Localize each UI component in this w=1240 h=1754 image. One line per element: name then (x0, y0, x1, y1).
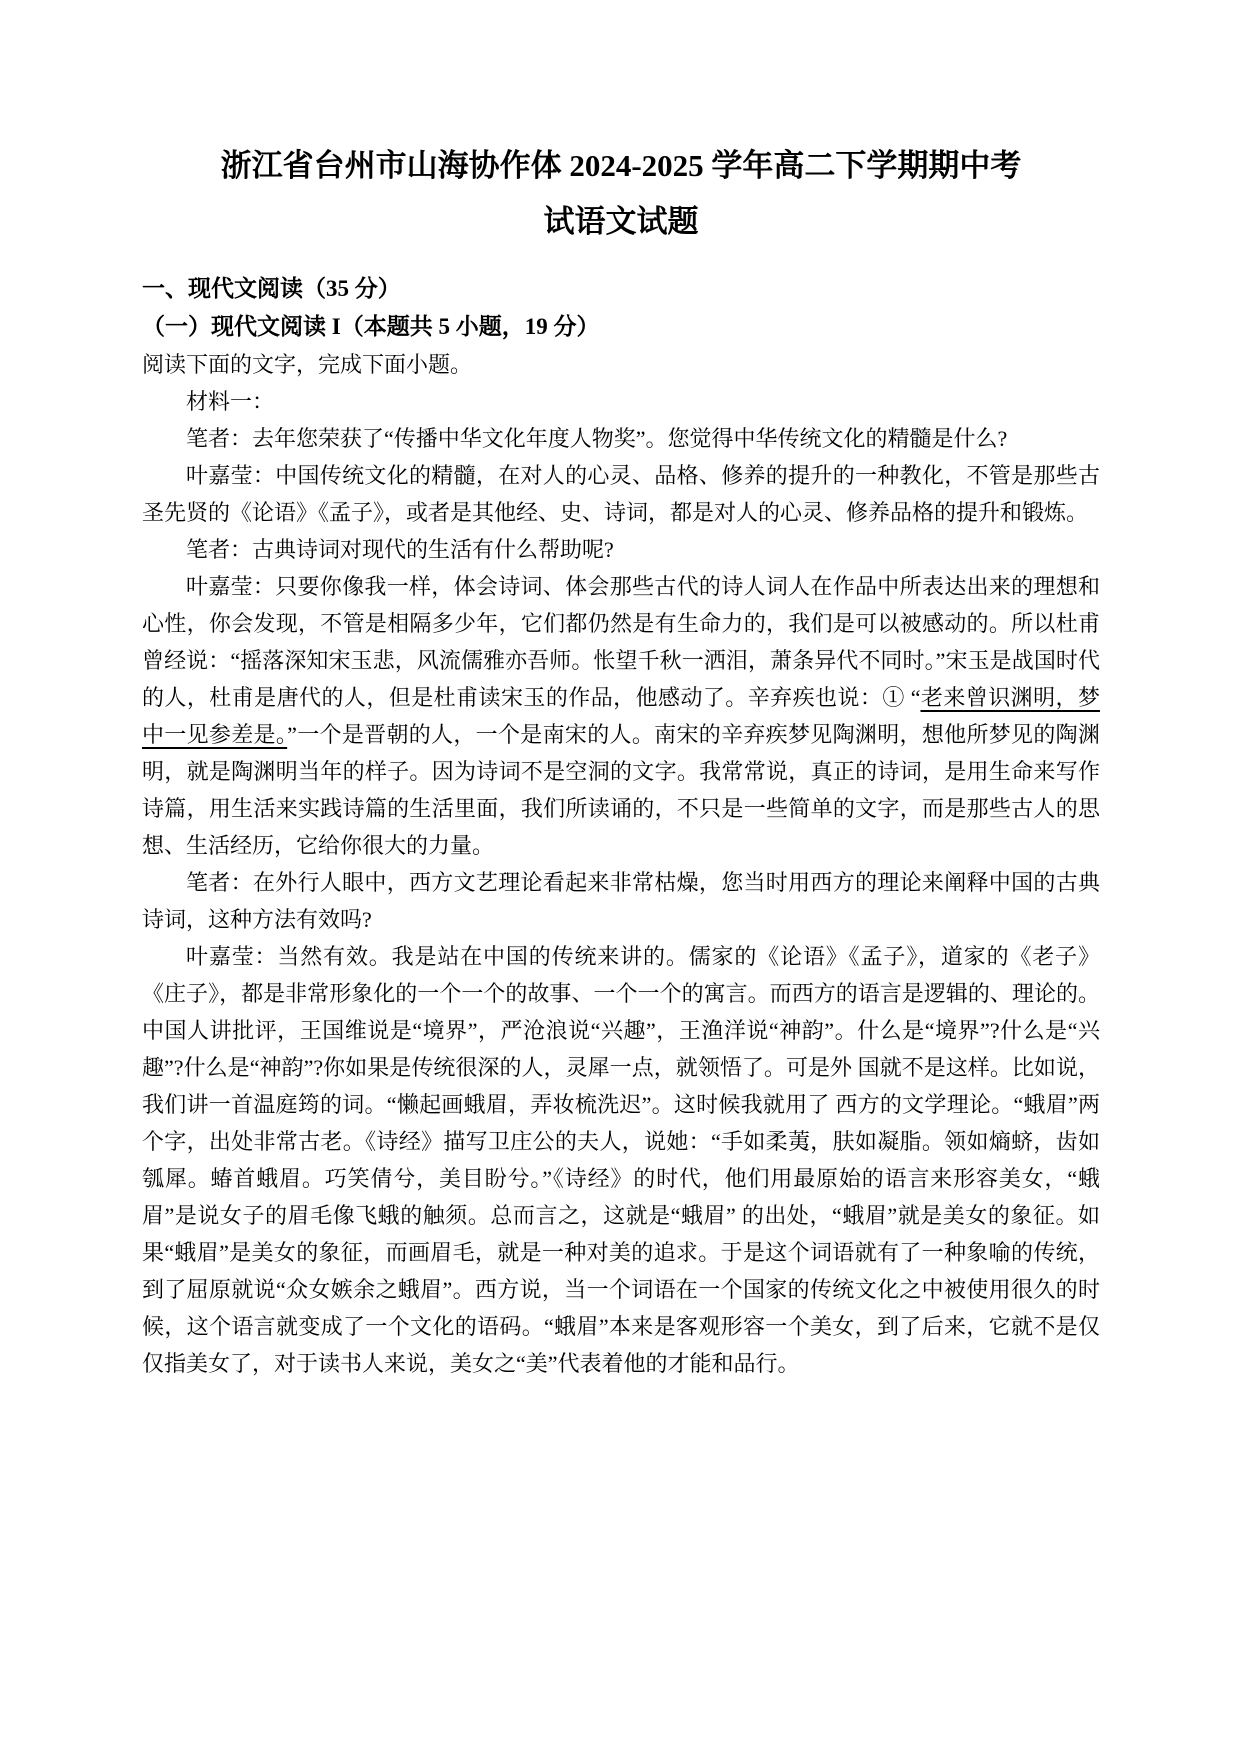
paragraph-text: 阅读下面的文字，完成下面小题。 (142, 352, 472, 377)
document-page: 浙江省台州市山海协作体 2024-2025 学年高二下学期期中考 试语文试题 一… (0, 0, 1240, 1754)
paragraph-text: 叶嘉莹：当然有效。我是站在中国的传统来讲的。儒家的《论语》《孟子》，道家的《老子… (142, 944, 1100, 1376)
document-title-line1: 浙江省台州市山海协作体 2024-2025 学年高二下学期期中考 (142, 138, 1100, 194)
document-title: 浙江省台州市山海协作体 2024-2025 学年高二下学期期中考 试语文试题 (142, 138, 1100, 250)
section-heading: 一、现代文阅读（35 分） (142, 270, 1100, 308)
paragraph: 材料一： (142, 383, 1100, 420)
paragraph-text: 笔者：在外行人眼中，西方文艺理论看起来非常枯燥，您当时用西方的理论来阐释中国的古… (142, 870, 1100, 932)
document-title-line2: 试语文试题 (142, 194, 1100, 250)
paragraph-text: 笔者：古典诗词对现代的生活有什么帮助呢? (186, 537, 614, 562)
paragraph: 笔者：去年您荣获了“传播中华文化年度人物奖”。您觉得中华传统文化的精髓是什么? (142, 420, 1100, 457)
reading-passage: 阅读下面的文字，完成下面小题。材料一：笔者：去年您荣获了“传播中华文化年度人物奖… (142, 346, 1100, 1382)
paragraph: 笔者：古典诗词对现代的生活有什么帮助呢? (142, 531, 1100, 568)
paragraph-text: 叶嘉莹：中国传统文化的精髓，在对人的心灵、品格、修养的提升的一种教化，不管是那些… (142, 463, 1100, 525)
paragraph: 阅读下面的文字，完成下面小题。 (142, 346, 1100, 383)
paragraph: 笔者：在外行人眼中，西方文艺理论看起来非常枯燥，您当时用西方的理论来阐释中国的古… (142, 864, 1100, 938)
paragraph: 叶嘉莹：只要你像我一样，体会诗词、体会那些古代的诗人词人在作品中所表达出来的理想… (142, 568, 1100, 864)
paragraph: 叶嘉莹：中国传统文化的精髓，在对人的心灵、品格、修养的提升的一种教化，不管是那些… (142, 457, 1100, 531)
paragraph-text: 笔者：去年您荣获了“传播中华文化年度人物奖”。您觉得中华传统文化的精髓是什么? (186, 426, 1007, 451)
paragraph-text: 材料一： (186, 389, 274, 414)
paragraph: 叶嘉莹：当然有效。我是站在中国的传统来讲的。儒家的《论语》《孟子》，道家的《老子… (142, 938, 1100, 1382)
subsection-heading: （一）现代文阅读 I（本题共 5 小题，19 分） (142, 308, 1100, 346)
